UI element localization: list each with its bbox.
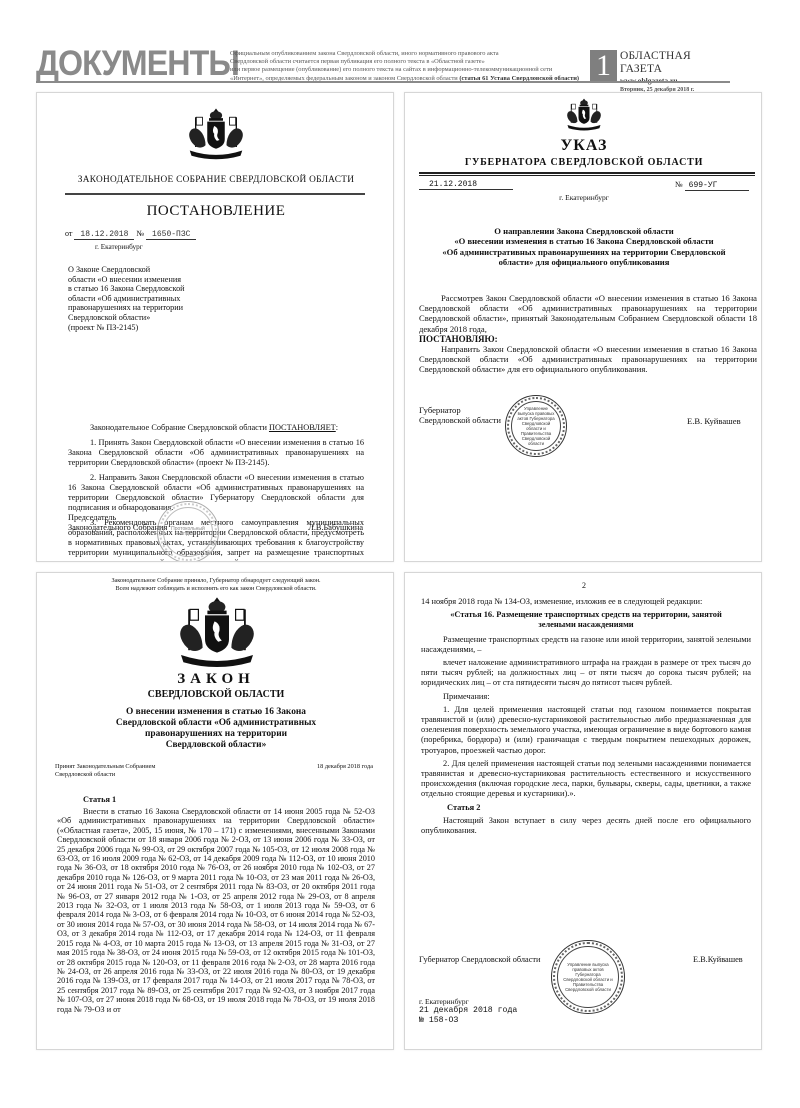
law-number: № 158-ОЗ bbox=[419, 1016, 458, 1026]
signer-name: Е.В.Куйвашев bbox=[693, 955, 743, 964]
document-subtitle: ГУБЕРНАТОРА СВЕРДЛОВСКОЙ ОБЛАСТИ bbox=[405, 157, 762, 168]
document-number: 699-УГ bbox=[685, 181, 749, 191]
signing-date: 21 декабря 2018 года bbox=[419, 1006, 517, 1016]
city: г. Екатеринбург bbox=[405, 193, 762, 202]
paragraph: 2. Направить Закон Свердловской области … bbox=[68, 473, 364, 513]
article-title: «Статья 16. Размещение транспортных сред… bbox=[421, 610, 751, 630]
paragraph: влечет наложение административного штраф… bbox=[421, 658, 751, 689]
document-heading: О направлении Закона Свердловской област… bbox=[425, 226, 743, 268]
masthead-divider bbox=[36, 81, 730, 83]
stamp: Управление выпуска правовых актов Губерн… bbox=[505, 395, 567, 457]
document-number-line: № 699-УГ bbox=[675, 180, 749, 191]
header-divider bbox=[419, 175, 755, 176]
page-number: 2 bbox=[405, 581, 762, 590]
newspaper-info: ОБЛАСТНАЯ ГАЗЕТА www.oblgazeta.ru Вторни… bbox=[620, 50, 730, 94]
city: г. Екатеринбург bbox=[419, 997, 469, 1006]
document-number: 1650-ПЗС bbox=[146, 230, 196, 240]
document-postanovlenie: ЗАКОНОДАТЕЛЬНОЕ СОБРАНИЕ СВЕРДЛОВСКОЙ ОБ… bbox=[36, 92, 394, 562]
paragraph: Направить Закон Свердловской области «О … bbox=[419, 344, 757, 375]
coat-of-arms-icon bbox=[169, 595, 265, 667]
page-number-badge: 1 bbox=[590, 50, 617, 82]
document-zakon-page-2: 2 14 ноября 2018 года № 134-ОЗ, изменени… bbox=[404, 572, 762, 1050]
newspaper-name: ОБЛАСТНАЯ ГАЗЕТА bbox=[620, 50, 730, 76]
signer-title: Губернатор Свердловской области bbox=[419, 955, 540, 964]
note-line: Официальным опубликованием закона Свердл… bbox=[230, 50, 590, 58]
coat-of-arms-icon bbox=[562, 95, 606, 133]
section-title: ДОКУМЕНТЫ bbox=[36, 46, 239, 82]
paragraph: Размещение транспортных средств на газон… bbox=[421, 635, 751, 655]
document-subtitle: СВЕРДЛОВСКОЙ ОБЛАСТИ bbox=[37, 689, 394, 700]
header-divider bbox=[419, 172, 755, 174]
document-heading: О внесении изменения в статью 16 Закона … bbox=[67, 707, 365, 751]
signer-title: Губернатор Свердловской области bbox=[419, 405, 501, 426]
signer-name: Л.В.Бабушкина bbox=[308, 523, 363, 533]
document-zakon-page-1: Законодательное Собрание приняло, Губерн… bbox=[36, 572, 394, 1050]
document-title: ПОСТАНОВЛЕНИЕ bbox=[37, 203, 394, 220]
article-title: Статья 1 bbox=[83, 795, 116, 804]
article-title: Статья 2 bbox=[421, 803, 751, 813]
header-divider bbox=[65, 193, 365, 195]
document-title: ЗАКОН bbox=[37, 671, 394, 688]
stamp: Управление выпуска правовых актов Губерн… bbox=[551, 940, 625, 1014]
adoption-info: Принят Законодательным Собранием Свердло… bbox=[55, 763, 155, 779]
document-number-line: от 18.12.2018 № 1650-ПЗС bbox=[65, 229, 196, 240]
notes-label: Примечания: bbox=[421, 692, 751, 702]
city: г. Екатеринбург bbox=[95, 243, 143, 251]
document-date: 18.12.2018 bbox=[74, 230, 134, 240]
document-ukaz: УКАЗ ГУБЕРНАТОРА СВЕРДЛОВСКОЙ ОБЛАСТИ 21… bbox=[404, 92, 762, 562]
document-date: 21.12.2018 bbox=[419, 180, 513, 190]
paragraph: 14 ноября 2018 года № 134-ОЗ, изменение,… bbox=[421, 597, 751, 607]
note-line: Свердловской области считается первая пу… bbox=[230, 58, 590, 66]
keyword: ПОСТАНОВЛЯЮ: bbox=[419, 334, 757, 344]
document-subject: О Законе Свердловской области «О внесени… bbox=[68, 265, 208, 332]
paragraph: 1. Принять Закон Свердловской области «О… bbox=[68, 438, 364, 468]
keyword: ПОСТАНОВЛЯЕТ bbox=[269, 423, 336, 432]
signer-name: Е.В. Куйвашев bbox=[687, 416, 741, 426]
paragraph: Настоящий Закон вступает в силу через де… bbox=[421, 816, 751, 836]
publication-note: Официальным опубликованием закона Свердл… bbox=[230, 50, 590, 83]
adoption-date: 18 декабря 2018 года bbox=[317, 763, 373, 770]
issuing-organization: ЗАКОНОДАТЕЛЬНОЕ СОБРАНИЕ СВЕРДЛОВСКОЙ ОБ… bbox=[37, 175, 394, 185]
signer-title: Председатель Законодательного Собрания bbox=[68, 513, 167, 533]
newspaper-masthead: ДОКУМЕНТЫ Официальным опубликованием зак… bbox=[36, 48, 730, 82]
note: 1. Для целей применения настоящей статьи… bbox=[421, 705, 751, 756]
document-body: Рассмотрев Закон Свердловской области «О… bbox=[419, 293, 757, 375]
preamble: Законодательное Собрание Свердловской об… bbox=[68, 423, 364, 433]
document-title: УКАЗ bbox=[405, 137, 762, 155]
paragraph: Рассмотрев Закон Свердловской области «О… bbox=[419, 293, 757, 334]
note: 2. Для целей применения настоящей статьи… bbox=[421, 759, 751, 800]
note-line: или первое размещение (опубликование) ег… bbox=[230, 66, 590, 74]
article-text: Внести в статью 16 Закона Свердловской о… bbox=[57, 807, 375, 1014]
document-body: 14 ноября 2018 года № 134-ОЗ, изменение,… bbox=[421, 597, 751, 839]
coat-of-arms-icon bbox=[181, 103, 251, 163]
promulgation-note: Законодательное Собрание приняло, Губерн… bbox=[37, 577, 394, 593]
